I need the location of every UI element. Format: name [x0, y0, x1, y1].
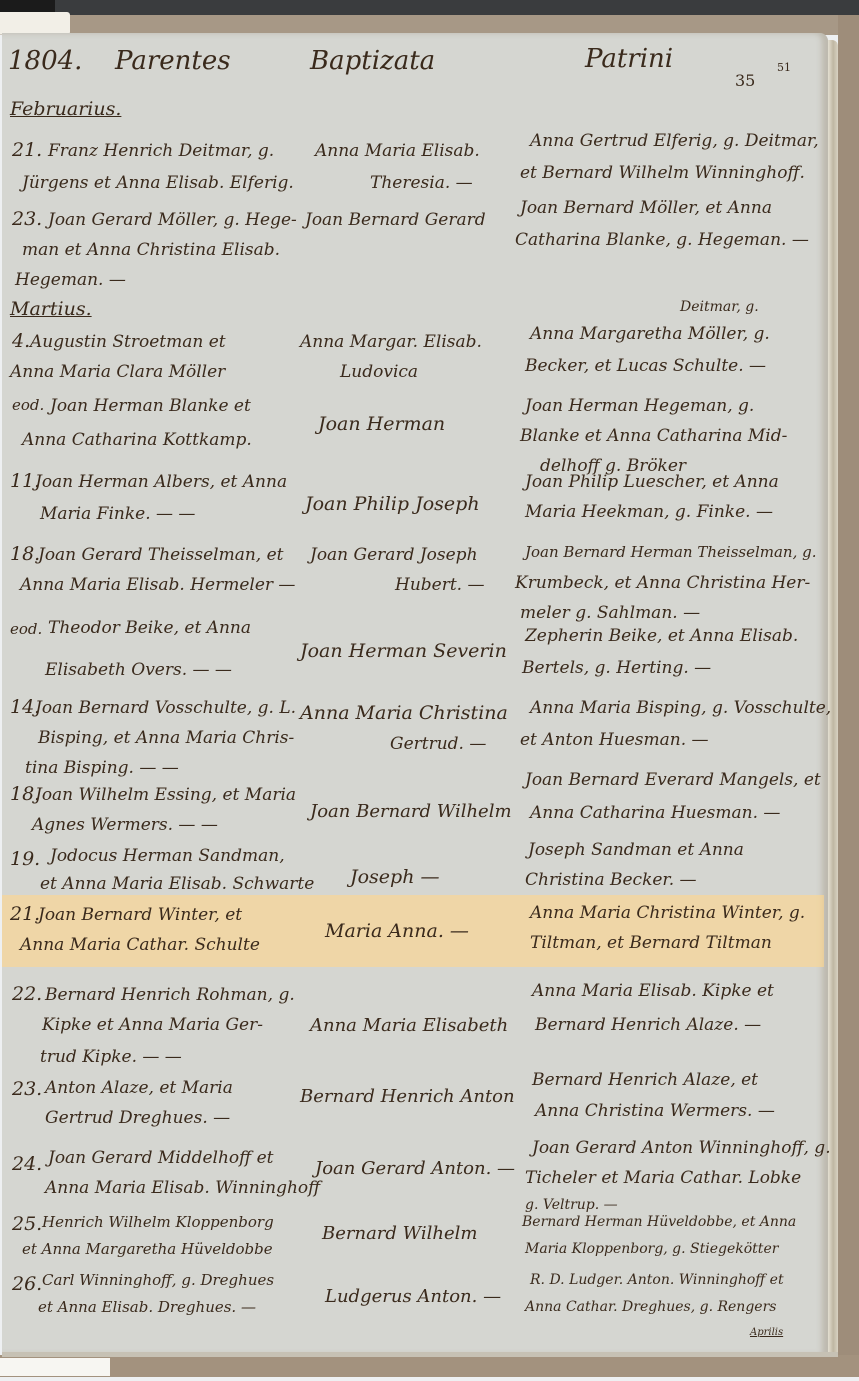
entry-godparents-line: Anna Margaretha Möller, g. — [530, 326, 770, 343]
entry-parents-line: Anna Maria Elisab. Winninghoff — [45, 1180, 320, 1197]
entry-parents-line: Augustin Stroetman et — [30, 334, 226, 351]
entry-day: 25. — [12, 1215, 42, 1234]
entry-parents-line: tina Bisping. — — — [25, 760, 179, 777]
entry-godparents-line: Krumbeck, et Anna Christina Her- — [515, 575, 810, 592]
entry-godparents-line: Maria Kloppenborg, g. Stiegekötter — [525, 1242, 778, 1256]
entry-godparents-line: Anna Catharina Huesman. — — [530, 805, 780, 822]
entry-parents-line: et Anna Maria Elisab. Schwarte — [40, 876, 314, 893]
entry-godparents-line: Joan Bernard Möller, et Anna — [520, 200, 772, 217]
entry-godparents-line: Anna Maria Elisab. Kipke et — [532, 983, 774, 1000]
entry-godparents-line: Bernard Herman Hüveldobbe, et Anna — [522, 1215, 796, 1229]
entry-day: eod. — [12, 398, 44, 413]
entry-godparents-line: Joan Bernard Everard Mangels, et — [525, 772, 821, 789]
entry-godparents-line: Bertels, g. Herting. — — [522, 660, 711, 677]
entry-baptized-line: Anna Margar. Elisab. — [300, 334, 482, 351]
entry-parents-line: Elisabeth Overs. — — — [45, 662, 232, 679]
column-header-baptized: Baptizata — [310, 48, 435, 74]
entry-godparents-line: Joan Gerard Anton Winninghoff, g. — [532, 1140, 831, 1157]
entry-parents-line: Jürgens et Anna Elisab. Elferig. — [22, 175, 294, 192]
entry-godparents-line: Bernard Henrich Alaze. — — [535, 1017, 761, 1034]
entry-godparents-line: Catharina Blanke, g. Hegeman. — — [515, 232, 809, 249]
entry-baptized-line: Bernard Wilhelm — [322, 1225, 477, 1243]
entry-parents-line: trud Kipke. — — — [40, 1049, 182, 1066]
page-bottom-edge — [2, 1352, 838, 1357]
entry-parents-line: Anna Maria Cathar. Schulte — [20, 937, 260, 954]
entry-baptized-line: Joan Gerard Joseph — [310, 547, 478, 564]
entry-parents-line: Joan Gerard Theisselman, et — [38, 547, 284, 564]
entry-godparents-line: Zepherin Beike, et Anna Elisab. — [525, 628, 798, 645]
entry-parents-line: Joan Herman Blanke et — [50, 398, 251, 415]
entry-godparents-line: Joan Herman Hegeman, g. — [525, 398, 754, 415]
entry-day: 26. — [12, 1275, 42, 1294]
page-number: 35 — [735, 73, 755, 89]
entry-godparents-line: Anna Gertrud Elferig, g. Deitmar, — [530, 133, 819, 150]
entry-parents-line: Henrich Wilhelm Kloppenborg — [42, 1215, 274, 1230]
entry-parents-line: Bisping, et Anna Maria Chris- — [38, 730, 294, 747]
entry-godparents-line: Maria Heekman, g. Finke. — — [525, 504, 773, 521]
entry-baptized-line: Joan Herman — [318, 415, 445, 434]
entry-godparents-line: Ticheler et Maria Cathar. Lobke — [525, 1170, 801, 1187]
entry-parents-line: Anna Catharina Kottkamp. — [22, 432, 252, 449]
entry-godparents-line: meler g. Sahlman. — — [520, 605, 700, 622]
entry-godparents-line: Tiltman, et Bernard Tiltman — [530, 935, 772, 952]
entry-godparents-line: Anna Cathar. Dreghues, g. Rengers — [525, 1300, 776, 1314]
entry-parents-line: Joan Wilhelm Essing, et Maria — [35, 787, 296, 804]
column-header-godparents: Patrini — [585, 46, 673, 72]
entry-baptized-line: Anna Maria Christina — [300, 704, 508, 723]
entry-day: 19. — [10, 850, 40, 869]
entry-baptized-line: Anna Maria Elisab. — [315, 143, 480, 160]
entry-parents-line: Gertrud Dreghues. — — [45, 1110, 230, 1127]
entry-parents-line: Theodor Beike, et Anna — [48, 620, 251, 637]
entry-godparents-line: Anna Maria Bisping, g. Vosschulte, — [530, 700, 831, 717]
entry-baptized-line: Hubert. — — [395, 577, 484, 594]
entry-parents-line: Anton Alaze, et Maria — [45, 1080, 233, 1097]
entry-parents-line: et Anna Margaretha Hüveldobbe — [22, 1242, 273, 1257]
entry-godparents-line: Blanke et Anna Catharina Mid- — [520, 428, 787, 445]
entry-baptized-line: Joan Gerard Anton. — — [315, 1160, 515, 1178]
entry-baptized-line: Bernard Henrich Anton — [300, 1088, 515, 1106]
entry-parents-line: Jodocus Herman Sandman, — [50, 848, 285, 865]
entry-day: 18. — [10, 545, 40, 564]
book-cover-right — [838, 15, 859, 1377]
entry-godparents-line: Joan Bernard Herman Theisselman, g. — [525, 545, 817, 560]
entry-parents-line: Agnes Wermers. — — — [32, 817, 218, 834]
column-header-parents: Parentes — [115, 48, 231, 74]
entry-baptized-line: Maria Anna. — — [325, 922, 469, 941]
entry-godparents-line: Anna Maria Christina Winter, g. — [530, 905, 805, 922]
entry-godparents-insertion: Deitmar, g. — [680, 300, 759, 314]
entry-godparents-line: et Anton Huesman. — — [520, 732, 709, 749]
entry-godparents-line: Anna Christina Wermers. — — [535, 1103, 775, 1120]
entry-baptized-line: Ludgerus Anton. — — [325, 1288, 501, 1306]
entry-parents-line: Bernard Henrich Rohman, g. — [45, 987, 295, 1004]
entry-godparents-line: Joseph Sandman et Anna — [528, 842, 744, 859]
entry-day: 23. — [12, 1080, 42, 1099]
entry-parents-line: Joan Gerard Middelhoff et — [48, 1150, 273, 1167]
entry-parents-line: et Anna Elisab. Dreghues. — — [38, 1300, 256, 1315]
entry-godparents-line: Becker, et Lucas Schulte. — — [525, 358, 766, 375]
entry-day: eod. — [10, 622, 42, 637]
book-cover-bottom — [0, 1355, 859, 1377]
book-cover-top — [0, 15, 859, 35]
entry-day: 4. — [12, 332, 30, 351]
entry-godparents-line: Bernard Henrich Alaze, et — [532, 1072, 758, 1089]
page-number-alt: 51 — [777, 62, 791, 73]
entry-parents-line: Franz Henrich Deitmar, g. — [48, 143, 274, 160]
catchword-next-month: Aprilis — [750, 1328, 783, 1338]
entry-baptized-line: Ludovica — [340, 364, 418, 381]
entry-parents-line: Joan Bernard Winter, et — [38, 907, 242, 924]
entry-parents-line: Joan Bernard Vosschulte, g. L. — [35, 700, 296, 717]
paper-tab-top — [0, 12, 70, 35]
entry-parents-line: Anna Maria Elisab. Hermeler — — [20, 577, 295, 594]
entry-parents-line: Anna Maria Clara Möller — [10, 364, 225, 381]
entry-parents-line: Maria Finke. — — — [40, 506, 195, 523]
entry-parents-line: Joan Gerard Möller, g. Hege- — [48, 212, 297, 229]
entry-day: 24. — [12, 1155, 42, 1174]
entry-day: 23. — [12, 210, 42, 229]
entry-godparents-line: R. D. Ludger. Anton. Winninghoff et — [530, 1273, 784, 1287]
entry-parents-line: man et Anna Christina Elisab. — [22, 242, 280, 259]
entry-parents-line: Joan Herman Albers, et Anna — [35, 474, 287, 491]
entry-baptized-line: Joan Bernard Wilhelm — [310, 803, 512, 821]
entry-day: 22. — [12, 985, 42, 1004]
register-year: 1804. — [8, 48, 82, 74]
entry-baptized-line: Joan Philip Joseph — [305, 495, 480, 514]
entry-parents-line: Carl Winninghoff, g. Dreghues — [42, 1273, 274, 1288]
entry-baptized-line: Theresia. — — [370, 175, 473, 192]
month-heading-february: Februarius. — [10, 100, 121, 119]
scanner-frame-top — [0, 0, 859, 15]
entry-baptized-line: Joseph — — [350, 868, 440, 887]
entry-godparents-line: g. Veltrup. — — [525, 1198, 618, 1212]
entry-baptized-line: Joan Bernard Gerard — [305, 212, 486, 229]
entry-baptized-line: Gertrud. — — [390, 736, 486, 753]
entry-godparents-line: et Bernard Wilhelm Winninghoff. — [520, 165, 805, 182]
entry-day: 21. — [10, 905, 40, 924]
entry-baptized-line: Anna Maria Elisabeth — [310, 1017, 508, 1035]
paper-tab-bottom — [0, 1358, 110, 1376]
entry-godparents-line: Joan Philip Luescher, et Anna — [525, 474, 779, 491]
entry-baptized-line: Joan Herman Severin — [300, 642, 507, 661]
entry-parents-line: Kipke et Anna Maria Ger- — [42, 1017, 263, 1034]
entry-day: 21. — [12, 141, 42, 160]
entry-parents-line: Hegeman. — — [15, 272, 126, 289]
month-heading-march: Martius. — [10, 300, 92, 319]
entry-godparents-line: Christina Becker. — — [525, 872, 697, 889]
